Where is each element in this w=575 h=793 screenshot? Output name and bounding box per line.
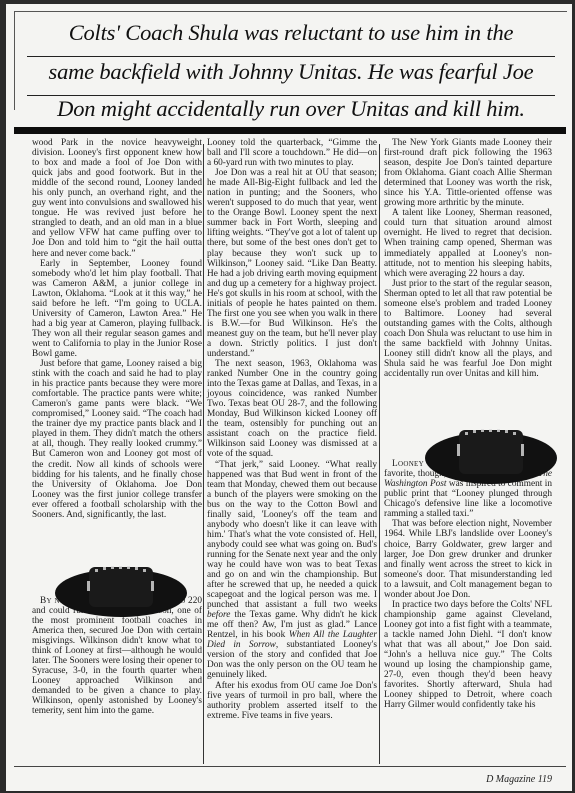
emphasis: before	[207, 610, 230, 620]
pull-quote-line: Colts' Coach Shula was reluctant to use …	[27, 20, 555, 46]
bottom-rule	[14, 766, 566, 767]
column-divider	[203, 144, 204, 764]
paragraph: A talent like Looney, Sherman reasoned, …	[384, 208, 552, 278]
pull-quote-line: same backfield with Johnny Unitas. He wa…	[27, 59, 555, 85]
pull-quote: Colts' Coach Shula was reluctant to use …	[14, 11, 567, 110]
paragraph: Just prior to the start of the regular s…	[384, 279, 552, 379]
paragraph: Just before that game, Looney raised a b…	[32, 359, 202, 520]
paragraph: In practice two days before the Colts' N…	[384, 600, 552, 711]
magazine-page: Colts' Coach Shula was reluctant to use …	[6, 4, 572, 791]
paragraph: The New York Giants made Looney their fi…	[384, 138, 552, 208]
article-column-1: wood Park in the novice heavyweight divi…	[32, 138, 202, 716]
paragraph: That was before election night, November…	[384, 519, 552, 599]
heavy-rule	[14, 127, 566, 134]
page-folio: D Magazine 119	[486, 774, 552, 785]
paragraph: wood Park in the novice heavyweight divi…	[32, 138, 202, 259]
paragraph: Looney told the quarterback, “Gimme the …	[207, 138, 377, 168]
article-column-2: Looney told the quarterback, “Gimme the …	[207, 138, 377, 721]
paragraph: “That jerk,” said Looney. “What really h…	[207, 460, 377, 681]
paragraph: The next season, 1963, Oklahoma was rank…	[207, 359, 377, 459]
paragraph: Early in September, Looney found somebod…	[32, 259, 202, 359]
paragraph-text: “That jerk,” said Looney. “What really h…	[207, 460, 377, 611]
column-divider	[379, 144, 380, 764]
paragraph: After his exodus from OU came Joe Don's …	[207, 681, 377, 721]
football-icon	[416, 424, 566, 486]
pull-quote-line: Don might accidentally run over Unitas a…	[27, 96, 555, 122]
paragraph: Joe Don was a real hit at OU that season…	[207, 168, 377, 359]
football-icon	[46, 561, 196, 619]
pull-quote-rule	[27, 56, 555, 57]
